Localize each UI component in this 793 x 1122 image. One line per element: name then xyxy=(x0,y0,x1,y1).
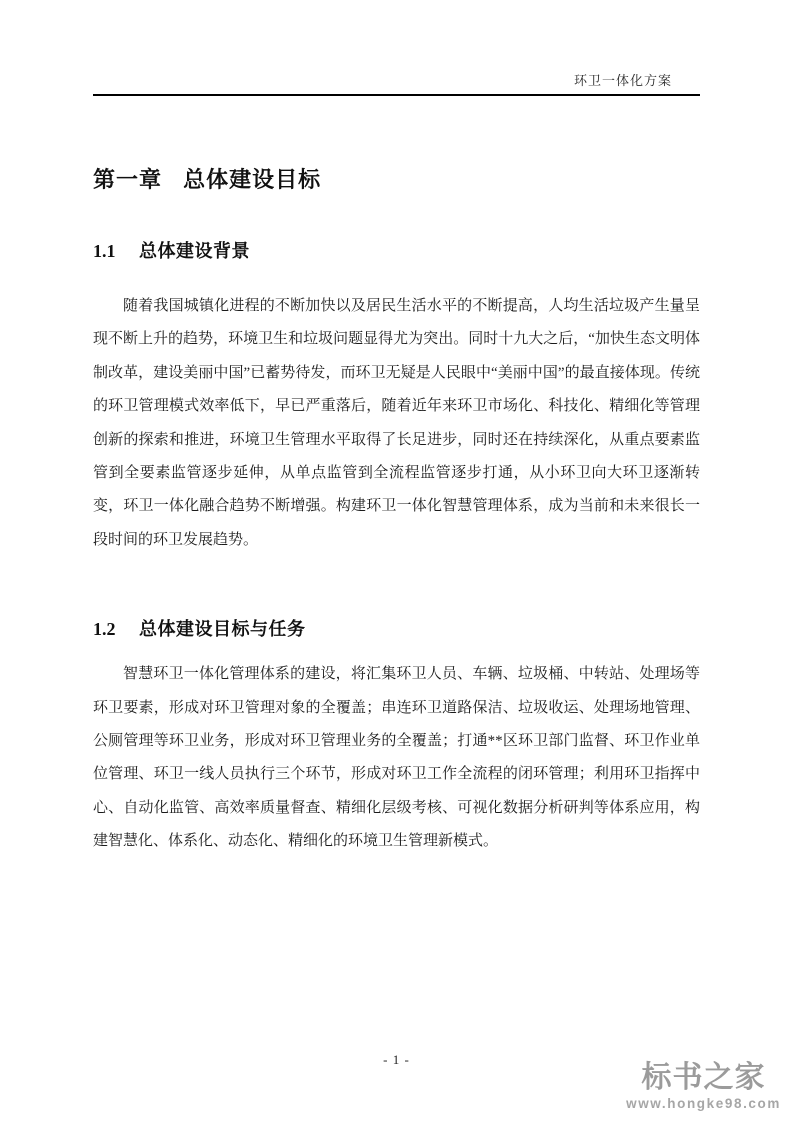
section-1-1: 1.1 总体建设背景 随着我国城镇化进程的不断加快以及居民生活水平的不断提高，人… xyxy=(93,241,700,557)
header-title: 环卫一体化方案 xyxy=(93,72,700,89)
chapter-title: 总体建设目标 xyxy=(183,167,321,192)
watermark: 标书之家 www.hongke98.com xyxy=(626,1062,781,1111)
section-1-1-heading: 1.1 总体建设背景 xyxy=(93,241,700,262)
header-rule xyxy=(93,94,700,96)
section-1-2-title: 总体建设目标与任务 xyxy=(139,619,306,639)
chapter-heading: 第一章 总体建设目标 xyxy=(93,167,700,192)
section-1-1-number: 1.1 xyxy=(93,241,116,261)
section-1-2-number: 1.2 xyxy=(93,619,116,639)
watermark-url: www.hongke98.com xyxy=(626,1096,781,1111)
document-page: 环卫一体化方案 第一章 总体建设目标 1.1 总体建设背景 随着我国城镇化进程的… xyxy=(0,0,793,1122)
section-1-1-paragraph: 随着我国城镇化进程的不断加快以及居民生活水平的不断提高，人均生活垃圾产生量呈现不… xyxy=(93,290,700,557)
watermark-brand: 标书之家 xyxy=(626,1062,781,1094)
section-1-2: 1.2 总体建设目标与任务 智慧环卫一体化管理体系的建设，将汇集环卫人员、车辆、… xyxy=(93,619,700,858)
page-header: 环卫一体化方案 xyxy=(93,0,700,96)
page-number: - 1 - xyxy=(383,1052,410,1067)
chapter-number: 第一章 xyxy=(93,167,162,192)
section-1-2-paragraph: 智慧环卫一体化管理体系的建设，将汇集环卫人员、车辆、垃圾桶、中转站、处理场等环卫… xyxy=(93,658,700,858)
section-1-1-title: 总体建设背景 xyxy=(139,241,250,261)
section-1-2-heading: 1.2 总体建设目标与任务 xyxy=(93,619,700,640)
